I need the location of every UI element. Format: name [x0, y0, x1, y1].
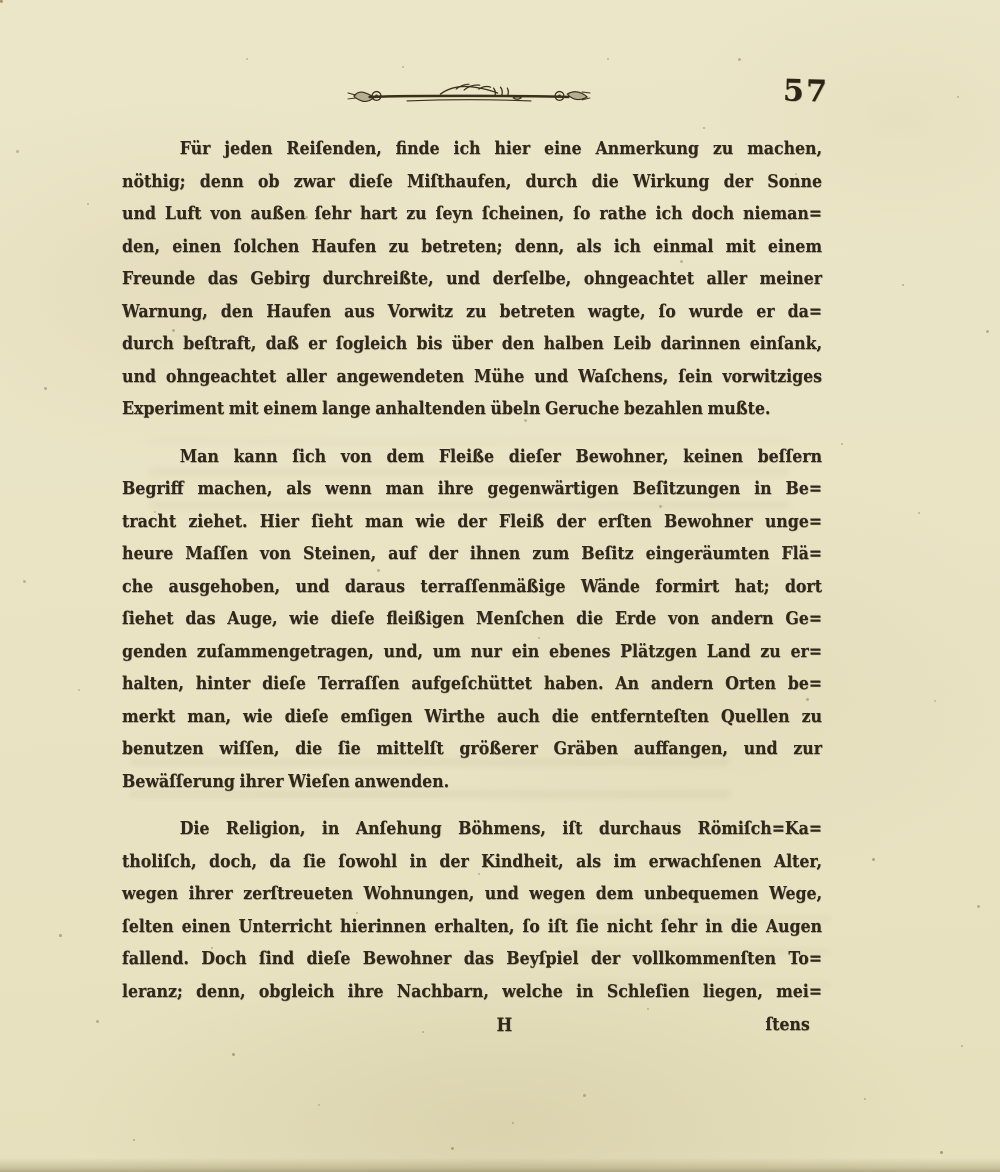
floral-rule-ornament-icon — [346, 80, 592, 110]
signature-line: H ſtens — [122, 1009, 822, 1042]
text-line: ſiehet das Auge, wie dieſe fleißigen Men… — [122, 603, 822, 636]
text-line: ſelten einen Unterricht hierinnen erhalt… — [122, 911, 822, 944]
book-page-scan: 57 Für jeden Reiſenden, finde ich hier e… — [0, 0, 1000, 1172]
text-line: Warnung, den Haufen aus Vorwitz zu betre… — [122, 296, 822, 329]
text-line: Für jeden Reiſenden, finde ich hier eine… — [122, 133, 822, 166]
text-line: Man kann ſich von dem Fleiße dieſer Bewo… — [122, 441, 822, 474]
paragraph: Man kann ſich von dem Fleiße dieſer Bewo… — [122, 441, 822, 799]
text-line: tracht ziehet. Hier ſieht man wie der Fl… — [122, 506, 822, 539]
paragraph: Die Religion, in Anſehung Böhmens, iſt d… — [122, 813, 822, 1008]
text-line: wegen ihrer zerſtreueten Wohnungen, und … — [122, 878, 822, 911]
page-number: 57 — [783, 73, 830, 109]
paragraph: Für jeden Reiſenden, finde ich hier eine… — [122, 133, 822, 426]
text-line: nöthig; denn ob zwar dieſe Miſthaufen, d… — [122, 166, 822, 199]
text-line: Bewäſſerung ihrer Wieſen anwenden. — [122, 766, 822, 799]
text-line: den, einen ſolchen Haufen zu betreten; d… — [122, 231, 822, 264]
text-line: Begriff machen, als wenn man ihre gegenw… — [122, 473, 822, 506]
text-line: che ausgehoben, und daraus terraſſenmäßi… — [122, 571, 822, 604]
text-line: genden zuſammengetragen, und, um nur ein… — [122, 636, 822, 669]
paper-speckles — [0, 0, 3, 3]
text-line: halten, hinter dieſe Terraſſen aufgeſchü… — [122, 668, 822, 701]
signature-mark: H — [497, 1009, 513, 1042]
text-line: leranz; denn, obgleich ihre Nachbarn, we… — [122, 976, 822, 1009]
text-line: heure Maſſen von Steinen, auf der ihnen … — [122, 538, 822, 571]
text-line: durch beſtraft, daß er ſogleich bis über… — [122, 328, 822, 361]
body-text: Für jeden Reiſenden, finde ich hier eine… — [122, 133, 822, 1042]
text-line: Die Religion, in Anſehung Böhmens, iſt d… — [122, 813, 822, 846]
text-line: fallend. Doch ſind dieſe Bewohner das Be… — [122, 943, 822, 976]
page-bottom-edge-shadow — [0, 1158, 1000, 1172]
catchword: ſtens — [765, 1009, 809, 1042]
text-line: benutzen wiſſen, die ſie mittelſt größer… — [122, 733, 822, 766]
text-line: tholiſch, doch, da ſie ſowohl in der Kin… — [122, 846, 822, 879]
text-line: Experiment mit einem lange anhaltenden ü… — [122, 393, 822, 426]
text-line: und ohngeachtet aller angewendeten Mühe … — [122, 361, 822, 394]
text-line: merkt man, wie dieſe emſigen Wirthe auch… — [122, 701, 822, 734]
text-line: und Luft von außen ſehr hart zu ſeyn ſch… — [122, 198, 822, 231]
text-line: Freunde das Gebirg durchreißte, und derſ… — [122, 263, 822, 296]
